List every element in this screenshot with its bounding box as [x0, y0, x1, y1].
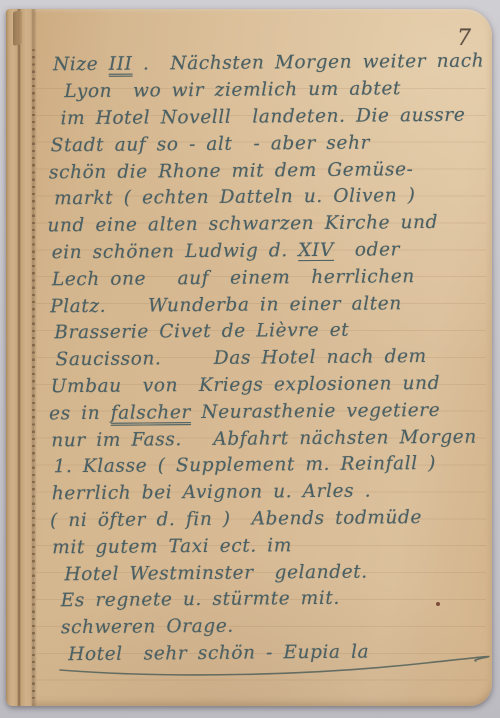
- handwritten-line: schweren Orage.: [61, 616, 234, 639]
- handwritten-line: Hotel Westminster gelandet.: [64, 562, 367, 586]
- handwritten-text: Es regnete u. stürmte mit.: [61, 588, 340, 611]
- notebook-page: 7 Nize III . Nächsten Morgen weiter nach…: [6, 9, 492, 706]
- handwriting-layer: Nize III . Nächsten Morgen weiter nachLy…: [4, 6, 496, 707]
- handwritten-text: markt ( echten Datteln u. Oliven ): [54, 185, 415, 209]
- handwritten-text: Neurasthenie vegetiere: [191, 400, 441, 423]
- handwritten-line: herrlich bei Avignon u. Arles .: [52, 481, 372, 505]
- handwritten-line: es in falscher Neurasthenie vegetiere: [49, 400, 440, 424]
- underlined-word: XIV: [298, 240, 334, 261]
- handwritten-text: im Hotel Novelll landeten. Die aussre: [60, 105, 465, 130]
- handwritten-line: Lyon wo wir ziemlich um abtet: [64, 78, 401, 102]
- handwritten-text: oder: [334, 239, 400, 261]
- handwritten-text: . Nächsten Morgen weiter nach: [132, 51, 484, 75]
- handwritten-text: und eine alten schwarzen Kirche und: [47, 212, 438, 236]
- handwritten-line: Stadt auf so - alt - aber sehr: [51, 133, 370, 157]
- handwritten-line: Umbau von Kriegs explosionen und: [51, 373, 440, 397]
- handwritten-line: 1. Klasse ( Supplement m. Reinfall ): [53, 453, 436, 477]
- handwritten-line: Lech one auf einem herrlichen: [52, 266, 415, 290]
- handwritten-text: ( ni öfter d. fin ) Abends todmüde: [50, 507, 422, 531]
- handwritten-line: und eine alten schwarzen Kirche und: [47, 212, 438, 236]
- handwritten-line: Nize III . Nächsten Morgen weiter nach: [53, 51, 484, 76]
- handwritten-text: Stadt auf so - alt - aber sehr: [51, 133, 370, 157]
- handwritten-text: Nize: [53, 54, 109, 75]
- handwritten-text: schweren Orage.: [61, 616, 234, 639]
- handwritten-text: Hotel Westminster gelandet.: [64, 562, 367, 586]
- handwritten-line: im Hotel Novelll landeten. Die aussre: [60, 105, 465, 130]
- handwritten-text: nur im Fass. Abfahrt nächsten Morgen: [51, 427, 477, 452]
- handwritten-text: Lyon wo wir ziemlich um abtet: [64, 78, 401, 102]
- underlined-word: III: [109, 54, 133, 75]
- handwritten-text: ein schönen Ludwig d.: [52, 240, 299, 263]
- handwritten-line: Brasserie Civet de Lièvre et: [54, 320, 349, 344]
- handwritten-line: schön die Rhone mit dem Gemüse-: [49, 159, 414, 183]
- handwritten-text: herrlich bei Avignon u. Arles .: [52, 481, 372, 505]
- handwritten-line: ein schönen Ludwig d. XIV oder: [52, 239, 401, 263]
- handwritten-text: Lech one auf einem herrlichen: [52, 266, 415, 290]
- handwritten-line: nur im Fass. Abfahrt nächsten Morgen: [51, 427, 477, 452]
- ink-dot: [436, 602, 440, 606]
- handwritten-text: Brasserie Civet de Lièvre et: [54, 320, 349, 344]
- handwritten-text: Umbau von Kriegs explosionen und: [51, 373, 440, 397]
- underlined-word: falscher: [111, 402, 191, 424]
- handwritten-line: Saucisson. Das Hotel nach dem: [56, 346, 427, 370]
- handwritten-text: es in: [49, 403, 111, 425]
- handwritten-text: schön die Rhone mit dem Gemüse-: [49, 159, 414, 183]
- scanned-notebook-photo: 7 Nize III . Nächsten Morgen weiter nach…: [0, 0, 500, 718]
- handwritten-line: Es regnete u. stürmte mit.: [61, 588, 340, 611]
- handwritten-line: ( ni öfter d. fin ) Abends todmüde: [50, 507, 422, 531]
- handwritten-line: Platz. Wunderba in einer alten: [50, 293, 402, 317]
- handwritten-text: Platz. Wunderba in einer alten: [50, 293, 402, 317]
- handwritten-line: mit gutem Taxi ect. im: [52, 535, 292, 558]
- handwritten-line: Hotel sehr schön - Eupia la: [68, 642, 369, 666]
- handwritten-line: markt ( echten Datteln u. Oliven ): [54, 185, 415, 209]
- handwritten-text: Saucisson. Das Hotel nach dem: [56, 346, 427, 370]
- handwritten-text: Hotel sehr schön - Eupia la: [68, 642, 369, 666]
- handwritten-text: 1. Klasse ( Supplement m. Reinfall ): [53, 453, 436, 477]
- handwritten-text: mit gutem Taxi ect. im: [52, 535, 292, 558]
